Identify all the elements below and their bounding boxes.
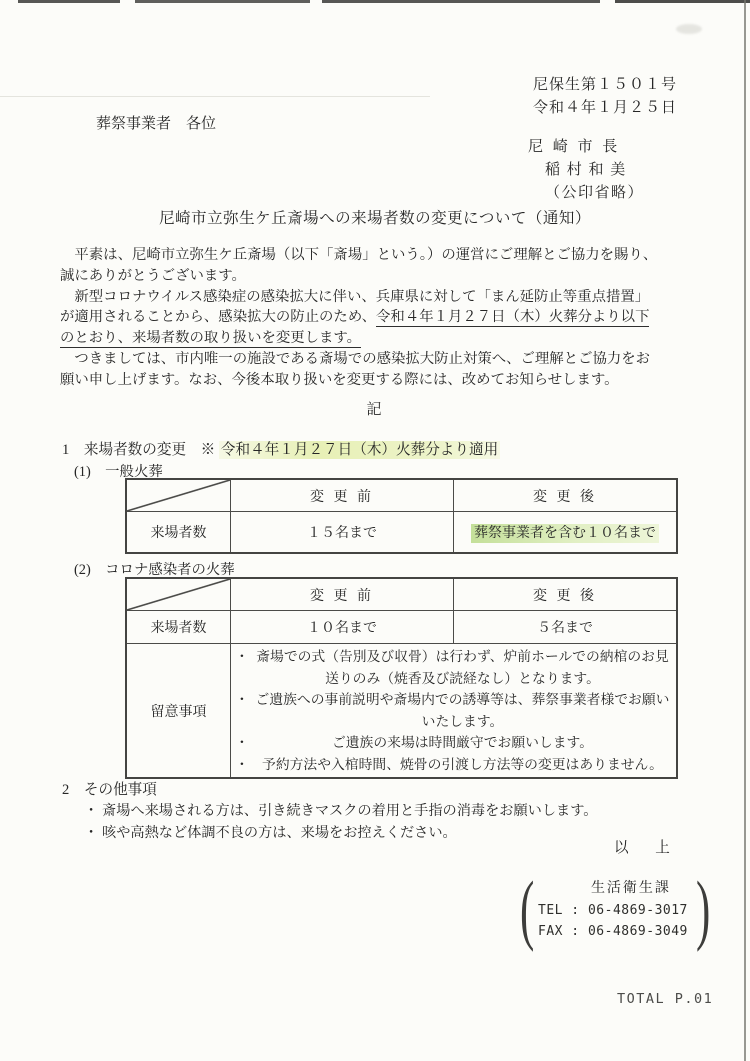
paragraph-line: が適用されることから、感染拡大の防止のため、令和４年１月２７日（木）火葬分より以… <box>60 307 694 328</box>
general-cremation-table: 変 更 前 変 更 後 来場者数 １５名まで 葬祭事業者を含む１０名まで <box>125 478 678 554</box>
covid-cremation-table: 変 更 前 変 更 後 来場者数 １０名まで ５名まで 留意事項 ・斎場での式（… <box>125 577 678 779</box>
table-row: 留意事項 ・斎場での式（告別及び収骨）は行わず、炉前ホールでの納棺のお見送りのみ… <box>126 644 677 779</box>
list-item: ・咳や高熱など体調不良の方は、来場をお控えください。 <box>84 822 684 844</box>
paragraph-line: 平素は、尼崎市立弥生ケ丘斎場（以下「斎場」という。）の運営にご理解とご協力を賜り… <box>60 245 694 266</box>
underlined-date-segment: 令和４年１月２７日（木）火葬分より以下 <box>376 309 649 327</box>
highlighted-after-value: 葬祭事業者を含む１０名まで <box>471 524 659 543</box>
fax-page-counter: TOTAL P.01 <box>617 991 713 1007</box>
section1-heading-text: 1 来場者数の変更 ※ <box>62 442 219 458</box>
closing-ijou: 以 上 <box>614 836 676 857</box>
sender-block: 尼崎市長 稲村和美 （公印省略） <box>528 136 644 205</box>
scan-edge-right <box>744 0 746 1061</box>
column-header-before: 変 更 前 <box>231 578 454 611</box>
sender-name: 稲村和美 <box>545 159 644 182</box>
diagonal-cell <box>126 578 231 611</box>
paragraph-line: 誠にありがとうございます。 <box>60 266 694 287</box>
ki-marker: 記 <box>0 398 750 419</box>
right-parenthesis: ) <box>696 870 706 948</box>
note-text: 予約方法や入棺時間、焼骨の引渡し方法等の変更はありません。 <box>253 754 672 776</box>
table-header-row: 変 更 前 変 更 後 <box>126 578 677 611</box>
table-row: 来場者数 １０名まで ５名まで <box>126 611 677 644</box>
left-parenthesis: ( <box>520 870 530 948</box>
document-title: 尼崎市立弥生ケ丘斎場への来場者数の変更について（通知） <box>0 206 750 228</box>
diagonal-cell <box>126 479 231 512</box>
paragraph-line: つきましては、市内唯一の施設である斎場での感染拡大防止対策へ、ご理解とご協力をお <box>60 349 694 370</box>
section2-items: ・斎場へ来場される方は、引き続きマスクの着用と手指の消毒をお願いします。 ・咳や… <box>84 800 684 844</box>
document-ref-number: 尼保生第１５０１号 <box>533 74 677 97</box>
note-text: ご遺族の来場は時間厳守でお願いします。 <box>253 732 672 754</box>
notes-cell: ・斎場での式（告別及び収骨）は行わず、炉前ホールでの納棺のお見送りのみ（焼香及び… <box>231 644 678 779</box>
body-text: 平素は、尼崎市立弥生ケ丘斎場（以下「斎場」という。）の運営にご理解とご協力を賜り… <box>60 245 694 391</box>
scan-artifact-line <box>0 96 430 97</box>
table-row: 来場者数 １５名まで 葬祭事業者を含む１０名まで <box>126 512 677 554</box>
note-item: ・斎場での式（告別及び収骨）は行わず、炉前ホールでの納棺のお見送りのみ（焼香及び… <box>235 646 672 689</box>
document-ref-block: 尼保生第１５０１号 令和４年１月２５日 <box>533 74 677 120</box>
note-item: ・ご遺族への事前説明や斎場内での誘導等は、葬祭事業者様でお願いいたします。 <box>235 689 672 732</box>
column-header-after: 変 更 後 <box>454 479 678 512</box>
contact-info: 生活衛生課 TEL : 06-4869-3017 FAX : 06-4869-3… <box>534 875 692 944</box>
paragraph-line: 新型コロナウイルス感染症の感染拡大に伴い、兵庫県に対して「まん延防止等重点措置」 <box>60 287 694 308</box>
row-label-visitors: 来場者数 <box>126 611 231 644</box>
list-item-text: 咳や高熱など体調不良の方は、来場をお控えください。 <box>102 822 684 844</box>
section2-heading: 2 その他事項 <box>62 778 157 799</box>
scan-edge-top <box>0 0 750 3</box>
note-text: ご遺族への事前説明や斎場内での誘導等は、葬祭事業者様でお願いいたします。 <box>253 689 672 732</box>
document-date: 令和４年１月２５日 <box>533 97 677 120</box>
bullet-marker: ・ <box>235 732 253 754</box>
column-header-before: 変 更 前 <box>231 479 454 512</box>
visitors-before-value: １５名まで <box>231 512 454 554</box>
sender-seal-note: （公印省略） <box>545 182 644 205</box>
row-label-notes: 留意事項 <box>126 644 231 779</box>
section1-heading: 1 来場者数の変更 ※ 令和４年１月２７日（木）火葬分より適用 <box>62 438 500 459</box>
bullet-marker: ・ <box>235 754 253 776</box>
paragraph-line: 願い申し上げます。なお、今後本取り扱いを変更する際には、改めてお知らせします。 <box>60 370 694 391</box>
paragraph-segment: が適用されることから、感染拡大の防止のため、 <box>60 309 376 325</box>
bullet-marker: ・ <box>84 822 102 844</box>
table-header-row: 変 更 前 変 更 後 <box>126 479 677 512</box>
contact-box: ( 生活衛生課 TEL : 06-4869-3017 FAX : 06-4869… <box>516 870 710 948</box>
bullet-marker: ・ <box>235 689 253 732</box>
paragraph-line: のとおり、来場者数の取り扱いを変更します。 <box>60 328 694 349</box>
recipient: 葬祭事業者 各位 <box>96 112 216 133</box>
bullet-marker: ・ <box>84 800 102 822</box>
list-item: ・斎場へ来場される方は、引き続きマスクの着用と手指の消毒をお願いします。 <box>84 800 684 822</box>
visitors-before-value: １０名まで <box>231 611 454 644</box>
subsection2-caption: (2) コロナ感染者の火葬 <box>74 558 235 579</box>
note-text: 斎場での式（告別及び収骨）は行わず、炉前ホールでの納棺のお見送りのみ（焼香及び読… <box>253 646 672 689</box>
contact-department: 生活衛生課 <box>538 877 688 897</box>
note-item: ・ご遺族の来場は時間厳守でお願いします。 <box>235 732 672 754</box>
visitors-after-value: ５名まで <box>454 611 678 644</box>
row-label-visitors: 来場者数 <box>126 512 231 554</box>
bullet-marker: ・ <box>235 646 253 689</box>
list-item-text: 斎場へ来場される方は、引き続きマスクの着用と手指の消毒をお願いします。 <box>102 800 684 822</box>
note-item: ・予約方法や入棺時間、焼骨の引渡し方法等の変更はありません。 <box>235 754 672 776</box>
scanned-notice-page: 尼保生第１５０１号 令和４年１月２５日 葬祭事業者 各位 尼崎市長 稲村和美 （… <box>0 0 750 1061</box>
sender-title: 尼崎市長 <box>528 136 644 159</box>
scan-smudge <box>676 24 702 34</box>
column-header-after: 変 更 後 <box>454 578 678 611</box>
contact-tel: TEL : 06-4869-3017 <box>538 900 688 921</box>
contact-fax: FAX : 06-4869-3049 <box>538 921 688 942</box>
section1-heading-highlighted-date: 令和４年１月２７日（木）火葬分より適用 <box>219 441 500 459</box>
visitors-after-value: 葬祭事業者を含む１０名まで <box>454 512 678 554</box>
underlined-segment: のとおり、来場者数の取り扱いを変更します。 <box>60 330 361 348</box>
